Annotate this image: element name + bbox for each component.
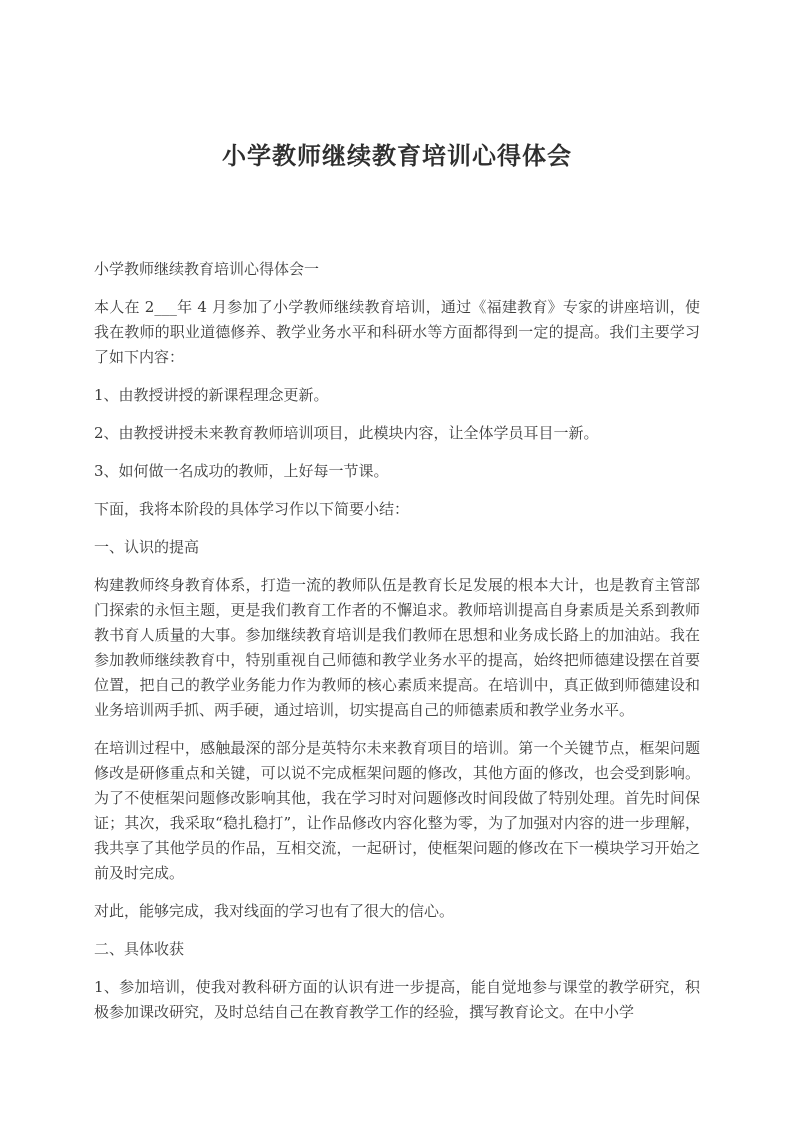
list-item-1: 1、由教授讲授的新课程理念更新。 (94, 383, 700, 408)
paragraph-transition: 下面，我将本阶段的具体学习作以下简要小结： (94, 497, 700, 522)
paragraph-section2-body1: 1、参加培训，使我对教科研方面的认识有进一步提高，能自觉地参与课堂的教学研究，积… (94, 975, 700, 1025)
document-title: 小学教师继续教育培训心得体会 (94, 141, 700, 171)
paragraph-section1-body1: 构建教师终身教育体系，打造一流的教师队伍是教育长足发展的根本大计，也是教育主管部… (94, 573, 700, 723)
section-heading-1: 一、认识的提高 (94, 535, 700, 560)
document-page: 小学教师继续教育培训心得体会 小学教师继续教育培训心得体会一 本人在 2___年… (0, 0, 793, 1122)
paragraph-intro: 本人在 2___年 4 月参加了小学教师继续教育培训，通过《福建教育》专家的讲座… (94, 295, 700, 370)
list-item-3: 3、如何做一名成功的教师，上好每一节课。 (94, 459, 700, 484)
document-subtitle: 小学教师继续教育培训心得体会一 (94, 257, 700, 282)
list-item-2: 2、由教授讲授未来教育教师培训项目，此模块内容，让全体学员耳目一新。 (94, 421, 700, 446)
section-heading-2: 二、具体收获 (94, 937, 700, 962)
paragraph-section1-body2: 在培训过程中，感触最深的部分是英特尔未来教育项目的培训。第一个关键节点，框架问题… (94, 736, 700, 886)
paragraph-section1-body3: 对此，能够完成，我对线面的学习也有了很大的信心。 (94, 899, 700, 924)
